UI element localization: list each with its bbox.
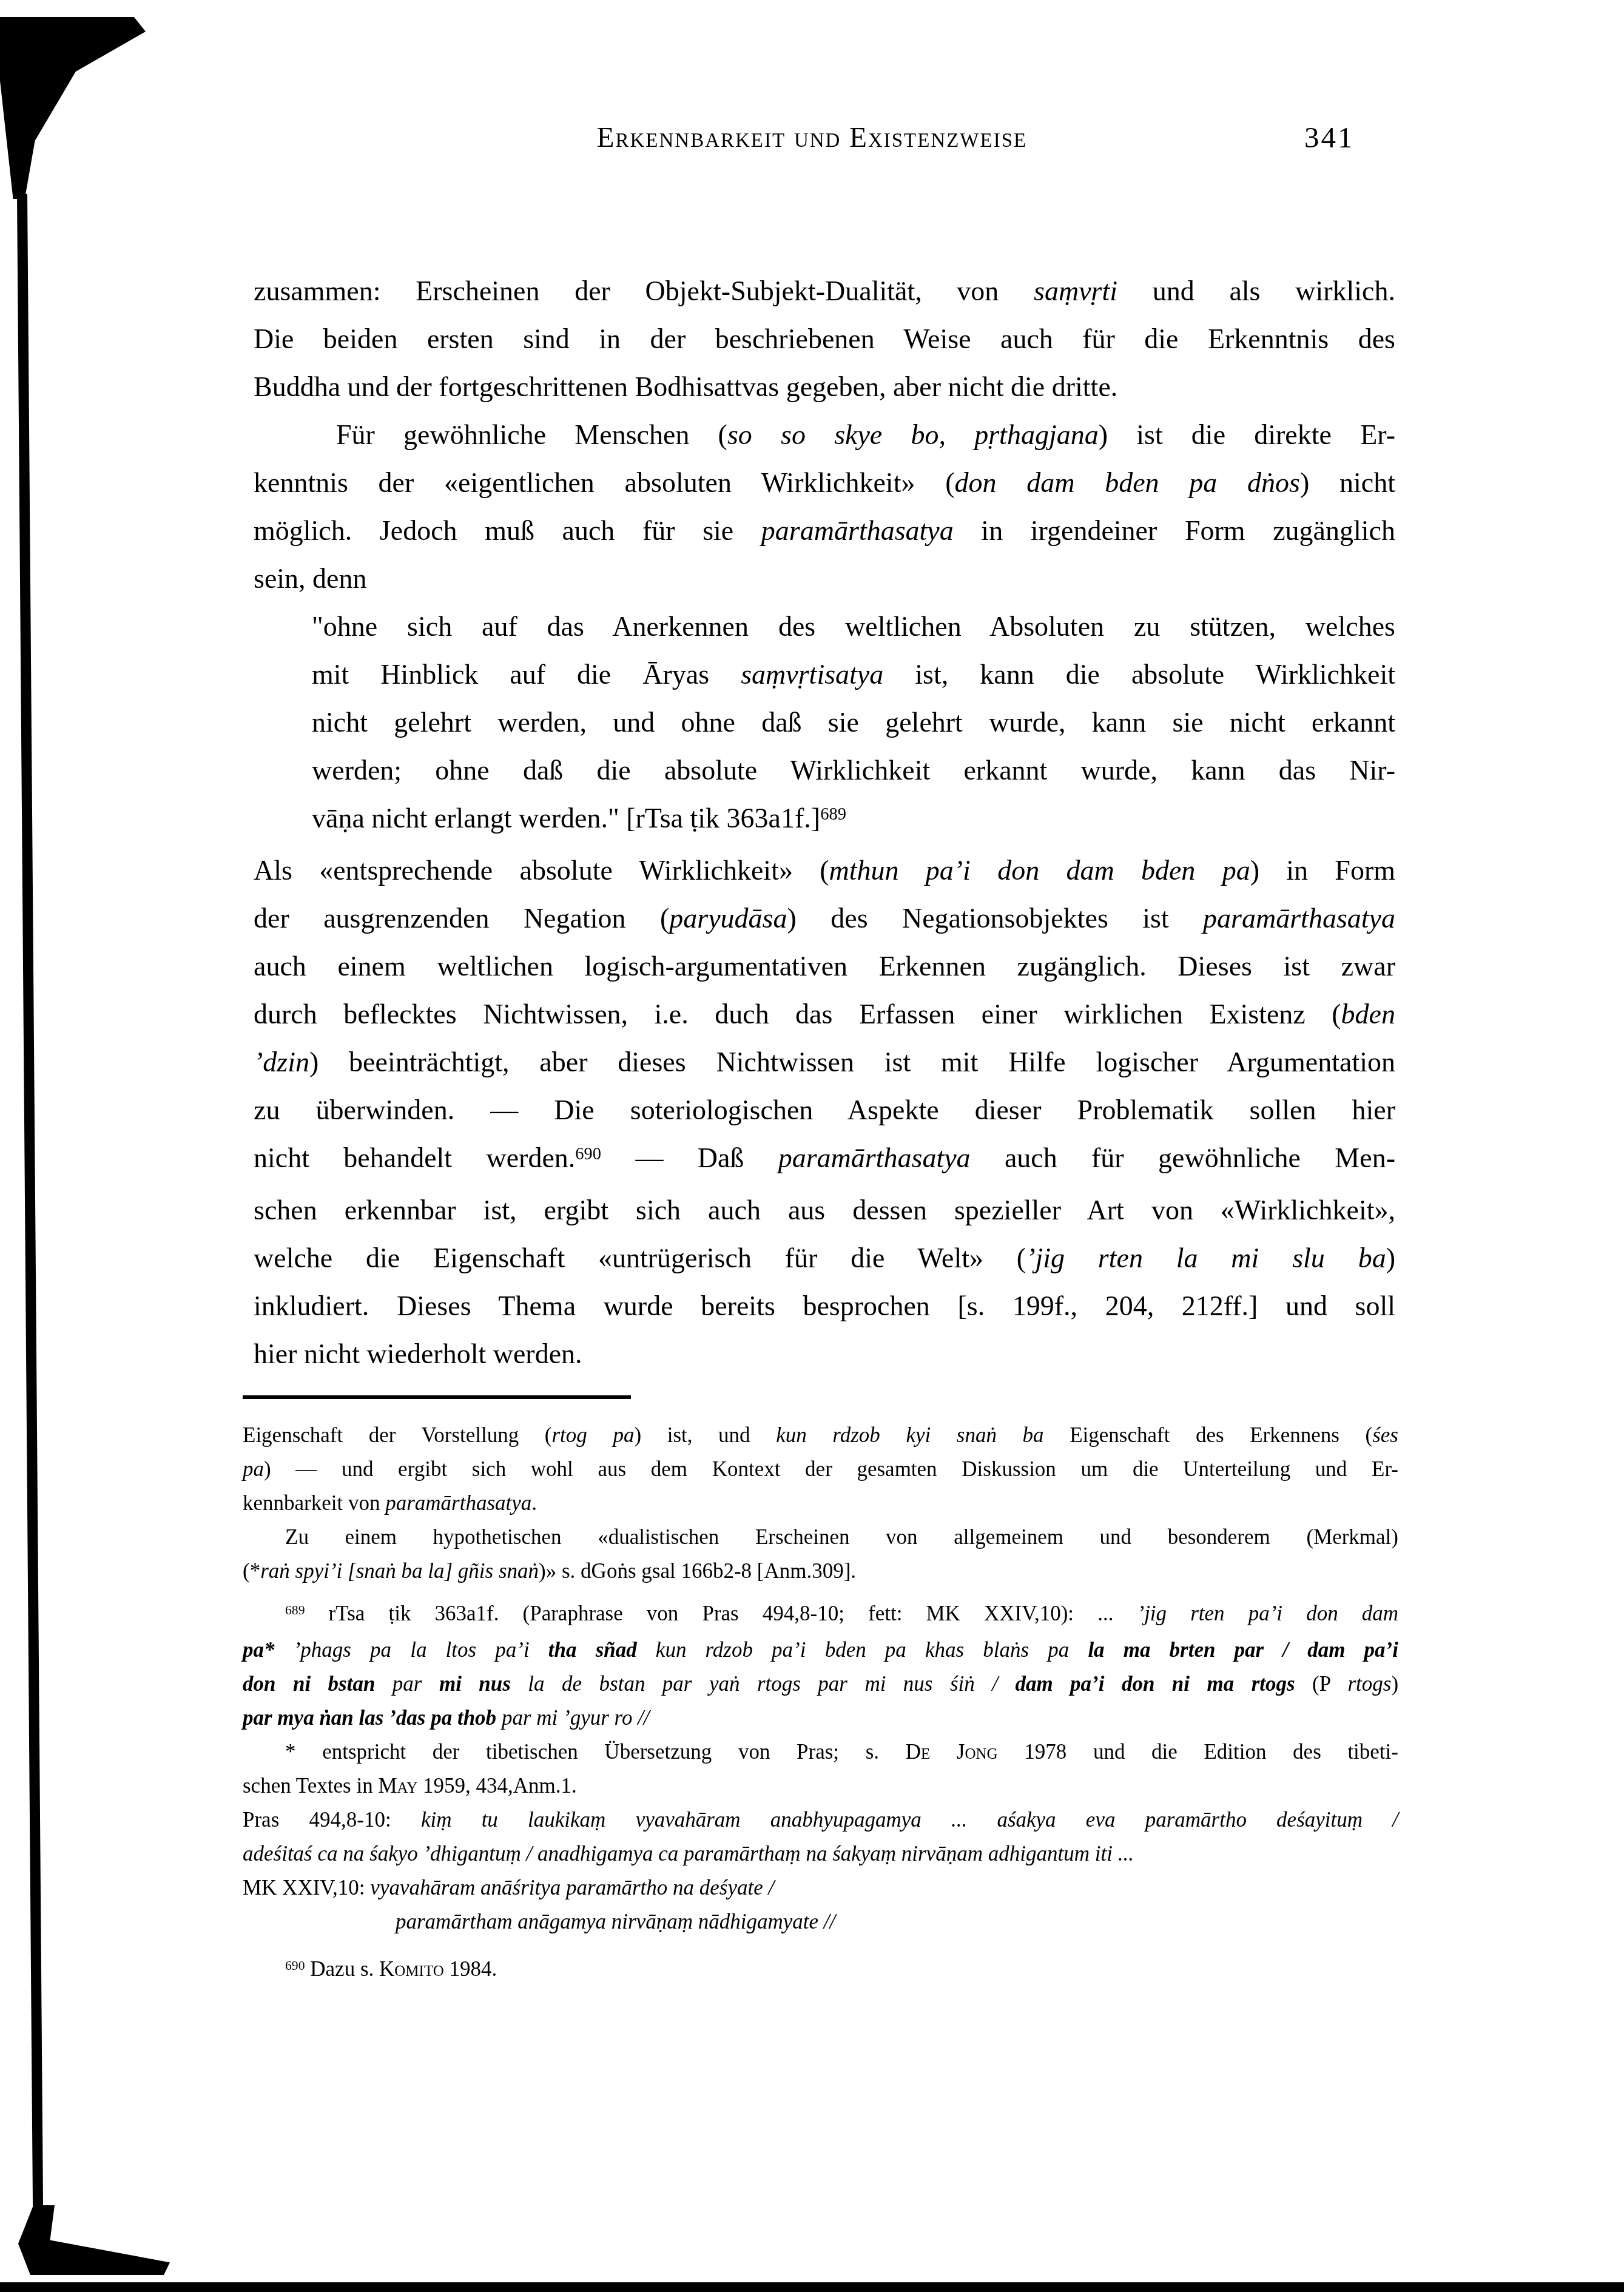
text-segment: ’jig rten la mi slu ba	[1026, 1242, 1386, 1273]
text-line: 689 rTsa ṭik 363a1f. (Paraphrase von Pra…	[243, 1597, 1398, 1633]
block-quote: "ohne sich auf das Anerkennen des weltli…	[312, 602, 1395, 846]
text-segment: par mi ’gyur ro //	[496, 1706, 649, 1730]
text-segment: durch beflecktes Nichtwissen, i.e. duch …	[254, 999, 1341, 1030]
text-segment: ’jig rten pa’i don dam	[1137, 1602, 1398, 1625]
text-segment: De Jong	[906, 1740, 998, 1764]
text-line: Zu einem hypothetischen «dualistischen E…	[243, 1520, 1398, 1554]
text-line: pa* ’phags pa la ltos pa’i tha sñad kun …	[243, 1633, 1398, 1667]
text-segment: par mya ṅan las ’das pa thob	[243, 1706, 496, 1730]
text-segment: Pras 494,8-10:	[243, 1808, 421, 1832]
text-line: möglich. Jedoch muß auch für sie paramār…	[254, 507, 1395, 554]
text-segment: inkludiert. Dieses Thema wurde bereits b…	[254, 1290, 1395, 1321]
text-segment: werden; ohne daß die absolute Wirklichke…	[312, 755, 1395, 786]
text-segment: la de bstan par yaṅ rtogs par mi nus śiṅ…	[511, 1672, 1016, 1696]
footnote-689-mk-citation: MK XXIV,10: vyavahāram anāśritya paramār…	[243, 1871, 1398, 1939]
footnote-reference: 689	[285, 1603, 305, 1617]
footnote-688-continuation: Eigenschaft der Vorstellung (rtog pa) is…	[243, 1418, 1398, 1520]
text-segment: kenntnis der «eigentlichen absoluten Wir…	[254, 467, 954, 498]
text-line: don ni bstan par mi nus la de bstan par …	[243, 1667, 1398, 1701]
text-line: Eigenschaft der Vorstellung (rtog pa) is…	[243, 1418, 1398, 1452]
text-line: Pras 494,8-10: kiṃ tu laukikaṃ vyavahāra…	[243, 1803, 1398, 1837]
text-segment: rtog pa	[551, 1423, 634, 1447]
text-segment: pa	[243, 1457, 264, 1481]
text-segment: ist, kann die absolute Wirklichkeit	[883, 659, 1395, 690]
text-line: paramārtham anāgamya nirvāṇaṃ nādhigamya…	[243, 1905, 1398, 1939]
text-segment: paramārthasatya	[761, 515, 954, 546]
text-segment: Dazu s.	[305, 1957, 379, 1981]
text-segment: 1978 und die Edition des tibeti-	[998, 1740, 1398, 1764]
text-line: "ohne sich auf das Anerkennen des weltli…	[312, 602, 1395, 650]
scan-gutter-band-artifact	[17, 194, 43, 2214]
text-line: pa) — und ergibt sich wohl aus dem Konte…	[243, 1452, 1398, 1486]
text-line: vāṇa nicht erlangt werden." [rTsa ṭik 36…	[312, 794, 1395, 846]
text-segment: ’phags pa la ltos pa’i	[275, 1638, 548, 1662]
text-line: MK XXIV,10: vyavahāram anāśritya paramār…	[243, 1871, 1398, 1905]
text-line: zu überwinden. — Die soteriologischen As…	[254, 1086, 1395, 1134]
text-line: Als «entsprechende absolute Wirklichkeit…	[254, 846, 1395, 894]
text-segment: Eigenschaft des Erkennens (	[1044, 1423, 1373, 1447]
text-segment: .	[531, 1491, 537, 1515]
body-text-column: zusammen: Erscheinen der Objekt-Subjekt-…	[254, 267, 1395, 1378]
text-segment: Für gewöhnliche Menschen (	[336, 419, 727, 450]
text-segment: ) — und ergibt sich wohl aus dem Kontext…	[264, 1457, 1398, 1481]
text-segment: paramārtham anāgamya nirvāṇaṃ nādhigamya…	[396, 1910, 835, 1933]
text-segment: der ausgrenzenden Negation (	[254, 903, 669, 934]
scan-gutter-wedge-artifact	[0, 17, 146, 199]
text-line: mit Hinblick auf die Āryas saṃvṛtisatya …	[312, 650, 1395, 698]
page-number: 341	[1304, 120, 1355, 155]
text-segment: paryudāsa	[669, 903, 787, 934]
text-segment: welche die Eigenschaft «untrügerisch für…	[254, 1242, 1026, 1273]
text-line: (*raṅ spyi’i [snaṅ ba la] gñis snaṅ)» s.…	[243, 1554, 1398, 1588]
text-segment: nicht behandelt werden.	[254, 1142, 575, 1173]
text-segment: Die beiden ersten sind in der beschriebe…	[254, 323, 1395, 354]
text-segment: vyavahāram anāśritya paramārtho na deśya…	[370, 1876, 774, 1899]
text-segment: )	[1391, 1672, 1398, 1696]
text-segment: pa*	[243, 1638, 275, 1662]
text-segment: ’dzin	[254, 1047, 309, 1077]
text-line: sein, denn	[254, 554, 1395, 602]
text-line: inkludiert. Dieses Thema wurde bereits b…	[254, 1282, 1395, 1330]
scanned-page: Erkennbarkeit und Existenzweise 341 zusa…	[0, 0, 1624, 2292]
text-line: nicht gelehrt werden, und ohne daß sie g…	[312, 698, 1395, 746]
text-segment: rtogs	[1347, 1672, 1391, 1696]
footnotes-column: Eigenschaft der Vorstellung (rtog pa) is…	[243, 1418, 1398, 1989]
text-line: auch einem weltlichen logisch-argumentat…	[254, 942, 1395, 990]
text-line: ’dzin) beeinträchtigt, aber dieses Nicht…	[254, 1038, 1395, 1086]
text-segment: mit Hinblick auf die Āryas	[312, 659, 741, 690]
text-line: 690 Dazu s. Komito 1984.	[243, 1952, 1398, 1989]
text-segment: zu überwinden. — Die soteriologischen As…	[254, 1094, 1395, 1125]
text-segment: saṃvṛtisatya	[741, 659, 883, 690]
text-line: kenntnis der «eigentlichen absoluten Wir…	[254, 459, 1395, 507]
text-segment: śes	[1372, 1423, 1398, 1447]
text-segment: Komito	[379, 1957, 444, 1981]
paragraph-continuation: zusammen: Erscheinen der Objekt-Subjekt-…	[254, 267, 1395, 411]
text-segment: auch für gewöhnliche Men-	[971, 1142, 1395, 1173]
footnote-reference: 690	[575, 1145, 601, 1164]
text-segment: mi nus	[439, 1672, 511, 1696]
text-segment: "ohne sich auf das Anerkennen des weltli…	[312, 611, 1395, 642]
text-segment: — Daß	[601, 1142, 778, 1173]
paragraph-ordinary-beings: Für gewöhnliche Menschen (so so skye bo,…	[254, 411, 1395, 602]
text-line: Für gewöhnliche Menschen (so so skye bo,…	[254, 411, 1395, 459]
text-segment: paramārthasatya	[778, 1142, 971, 1173]
text-line: adeśitaś ca na śakyo ’dhigantuṃ / anadhi…	[243, 1837, 1398, 1871]
text-segment: don ni bstan	[243, 1672, 375, 1696]
text-segment: vāṇa nicht erlangt werden." [rTsa ṭik 36…	[312, 803, 820, 834]
footnote-reference: 690	[285, 1958, 305, 1973]
scan-bottom-bar-artifact	[0, 2282, 1624, 2292]
text-segment: Eigenschaft der Vorstellung (	[243, 1423, 551, 1447]
footnote-689-pras-citation: Pras 494,8-10: kiṃ tu laukikaṃ vyavahāra…	[243, 1803, 1398, 1871]
footnote-reference: 689	[820, 805, 846, 824]
text-segment: la ma brten par / dam pa’i	[1088, 1638, 1398, 1662]
text-segment: ) des Negationsobjektes ist	[787, 903, 1203, 934]
text-segment: * entspricht der tibetischen Übersetzung…	[285, 1740, 906, 1764]
text-segment: möglich. Jedoch muß auch für sie	[254, 515, 761, 546]
scan-bottom-smear-artifact	[18, 2205, 170, 2275]
footnote-688-continuation-2: Zu einem hypothetischen «dualistischen E…	[243, 1520, 1398, 1588]
text-segment: ) beeinträchtigt, aber dieses Nichtwisse…	[309, 1047, 1395, 1077]
text-segment: )	[1386, 1242, 1395, 1273]
text-line: * entspricht der tibetischen Übersetzung…	[243, 1735, 1398, 1769]
text-segment: dam pa’i don ni ma rtogs	[1015, 1672, 1295, 1696]
footnote-separator-rule	[243, 1395, 631, 1399]
text-segment: adeśitaś ca na śakyo ’dhigantuṃ / anadhi…	[243, 1842, 1134, 1866]
text-segment: schen erkennbar ist, ergibt sich auch au…	[254, 1195, 1395, 1225]
text-segment: 1984.	[444, 1957, 497, 1981]
text-segment: saṃvṛti	[1034, 275, 1117, 306]
text-segment: tha sñad	[548, 1638, 637, 1662]
text-segment: paramārthasatya	[1203, 903, 1395, 934]
text-segment: ) nicht	[1300, 467, 1395, 498]
text-segment: (P	[1295, 1672, 1348, 1696]
text-line: der ausgrenzenden Negation (paryudāsa) d…	[254, 894, 1395, 942]
text-segment: ) ist, und	[634, 1423, 776, 1447]
footnote-689: 689 rTsa ṭik 363a1f. (Paraphrase von Pra…	[243, 1597, 1398, 1735]
text-segment: bden	[1341, 999, 1395, 1030]
text-segment: Buddha und der fortgeschrittenen Bodhisa…	[254, 371, 1117, 402]
text-segment: hier nicht wiederholt werden.	[254, 1338, 582, 1369]
text-segment: May	[378, 1774, 417, 1798]
paragraph-als-entsprechende: Als «entsprechende absolute Wirklichkeit…	[254, 846, 1395, 1378]
text-segment: kun rdzob kyi snaṅ ba	[776, 1423, 1043, 1447]
text-segment: nicht gelehrt werden, und ohne daß sie g…	[312, 707, 1395, 738]
text-segment: und als wirklich.	[1117, 275, 1395, 306]
text-segment: kennbarkeit von	[243, 1491, 385, 1515]
text-segment: MK XXIV,10:	[243, 1876, 370, 1899]
footnote-690: 690 Dazu s. Komito 1984.	[243, 1952, 1398, 1989]
text-segment: par	[375, 1672, 439, 1696]
text-line: Die beiden ersten sind in der beschriebe…	[254, 315, 1395, 363]
text-line: Buddha und der fortgeschrittenen Bodhisa…	[254, 363, 1395, 411]
text-segment: raṅ spyi’i [snaṅ ba la] gñis snaṅ	[260, 1559, 539, 1583]
text-segment: ) in Form	[1250, 855, 1395, 886]
footnote-689-asterisk-note: * entspricht der tibetischen Übersetzung…	[243, 1735, 1398, 1803]
text-line: schen erkennbar ist, ergibt sich auch au…	[254, 1186, 1395, 1234]
text-segment: sein, denn	[254, 563, 367, 594]
text-segment: mthun pa’i don dam bden pa	[829, 855, 1250, 886]
text-segment: (*	[243, 1559, 260, 1583]
text-segment: ) ist die direkte Er-	[1099, 419, 1395, 450]
text-segment: 1959, 434,Anm.1.	[417, 1774, 577, 1798]
text-segment: don dam bden pa dṅos	[954, 467, 1299, 498]
text-line: hier nicht wiederholt werden.	[254, 1330, 1395, 1378]
text-segment: rTsa ṭik 363a1f. (Paraphrase von Pras 49…	[305, 1602, 1137, 1625]
text-line: welche die Eigenschaft «untrügerisch für…	[254, 1234, 1395, 1282]
text-segment: so so skye bo, pṛthagjana	[727, 419, 1099, 450]
text-segment: auch einem weltlichen logisch-argumentat…	[254, 951, 1395, 982]
text-segment: kiṃ tu laukikaṃ vyavahāram anabhyupagamy…	[421, 1808, 1398, 1832]
text-line: kennbarkeit von paramārthasatya.	[243, 1486, 1398, 1520]
text-line: nicht behandelt werden.690 — Daß paramār…	[254, 1134, 1395, 1186]
text-segment: paramārthasatya	[385, 1491, 531, 1515]
text-segment: Zu einem hypothetischen «dualistischen E…	[285, 1525, 1398, 1549]
running-title: Erkennbarkeit und Existenzweise	[0, 121, 1624, 154]
text-segment: Als «entsprechende absolute Wirklichkeit…	[254, 855, 829, 886]
text-line: par mya ṅan las ’das pa thob par mi ’gyu…	[243, 1701, 1398, 1735]
text-line: durch beflecktes Nichtwissen, i.e. duch …	[254, 990, 1395, 1038]
text-segment: zusammen: Erscheinen der Objekt-Subjekt-…	[254, 275, 1034, 306]
text-line: zusammen: Erscheinen der Objekt-Subjekt-…	[254, 267, 1395, 315]
text-segment: in irgendeiner Form zugänglich	[954, 515, 1395, 546]
text-segment: )» s. dGoṅs gsal 166b2-8 [Anm.309].	[539, 1559, 856, 1583]
text-line: schen Textes in May 1959, 434,Anm.1.	[243, 1769, 1398, 1803]
text-segment: schen Textes in	[243, 1774, 378, 1798]
text-line: werden; ohne daß die absolute Wirklichke…	[312, 746, 1395, 794]
text-segment: kun rdzob pa’i bden pa khas blaṅs pa	[637, 1638, 1088, 1662]
